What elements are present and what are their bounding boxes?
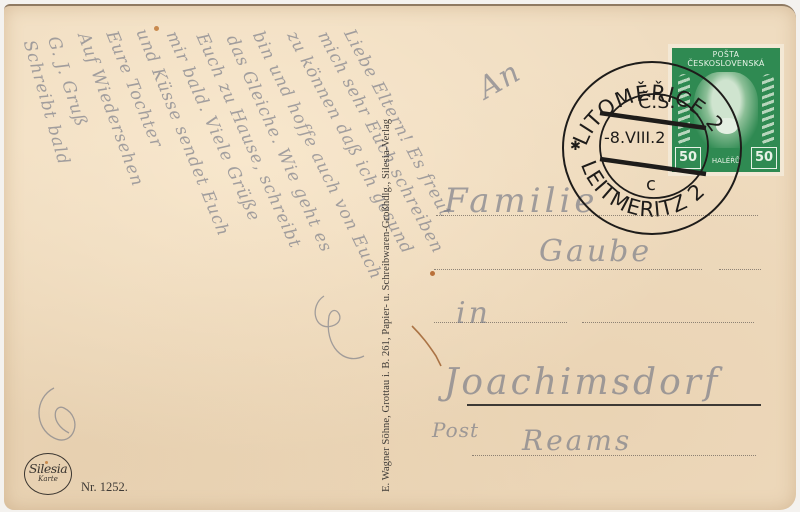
logo-subtitle: Karte [25,475,71,483]
address-line-town: Joachimsdorf [444,362,720,403]
postmark-country: Č.S. [638,89,675,113]
logo-brand: Silesia [25,461,71,476]
card-number: Nr. 1252. [81,480,128,495]
address-salutation: An [472,55,527,107]
laurel-icon [762,74,774,146]
handwritten-message: Liebe Eltern! Es freut mich sehr Euch sc… [4,6,384,510]
star-icon: ✱ [570,139,581,154]
postmark: LITOMĚŘICE 2 LEITMERITZ 2 ✱ Č.S. -8.VIII… [556,58,746,238]
address-underline [467,404,761,406]
stamp-value-right: 50 [751,147,777,169]
address-line [582,322,754,323]
address-line-name: Gaube [539,234,652,269]
postmark-date: -8.VIII.2 [604,128,665,147]
signature-flourish [24,378,94,458]
postmark-letter: c [646,174,656,195]
address-post-office: Reams [522,424,632,457]
address-line [434,269,702,270]
address-line-in: in [456,296,491,331]
age-stain [430,271,435,276]
postcard-back: Liebe Eltern! Es freut mich sehr Euch sc… [4,4,796,510]
publisher-logo: Silesia Karte [24,453,72,495]
ink-scratch [408,322,448,372]
publisher-imprint: E. Wagner Söhne, Grottau i. B. 261, Papi… [381,119,392,492]
address-line [434,322,567,323]
signature-flourish [304,286,384,376]
address-post-label: Post [432,418,479,442]
address-line [719,269,761,270]
